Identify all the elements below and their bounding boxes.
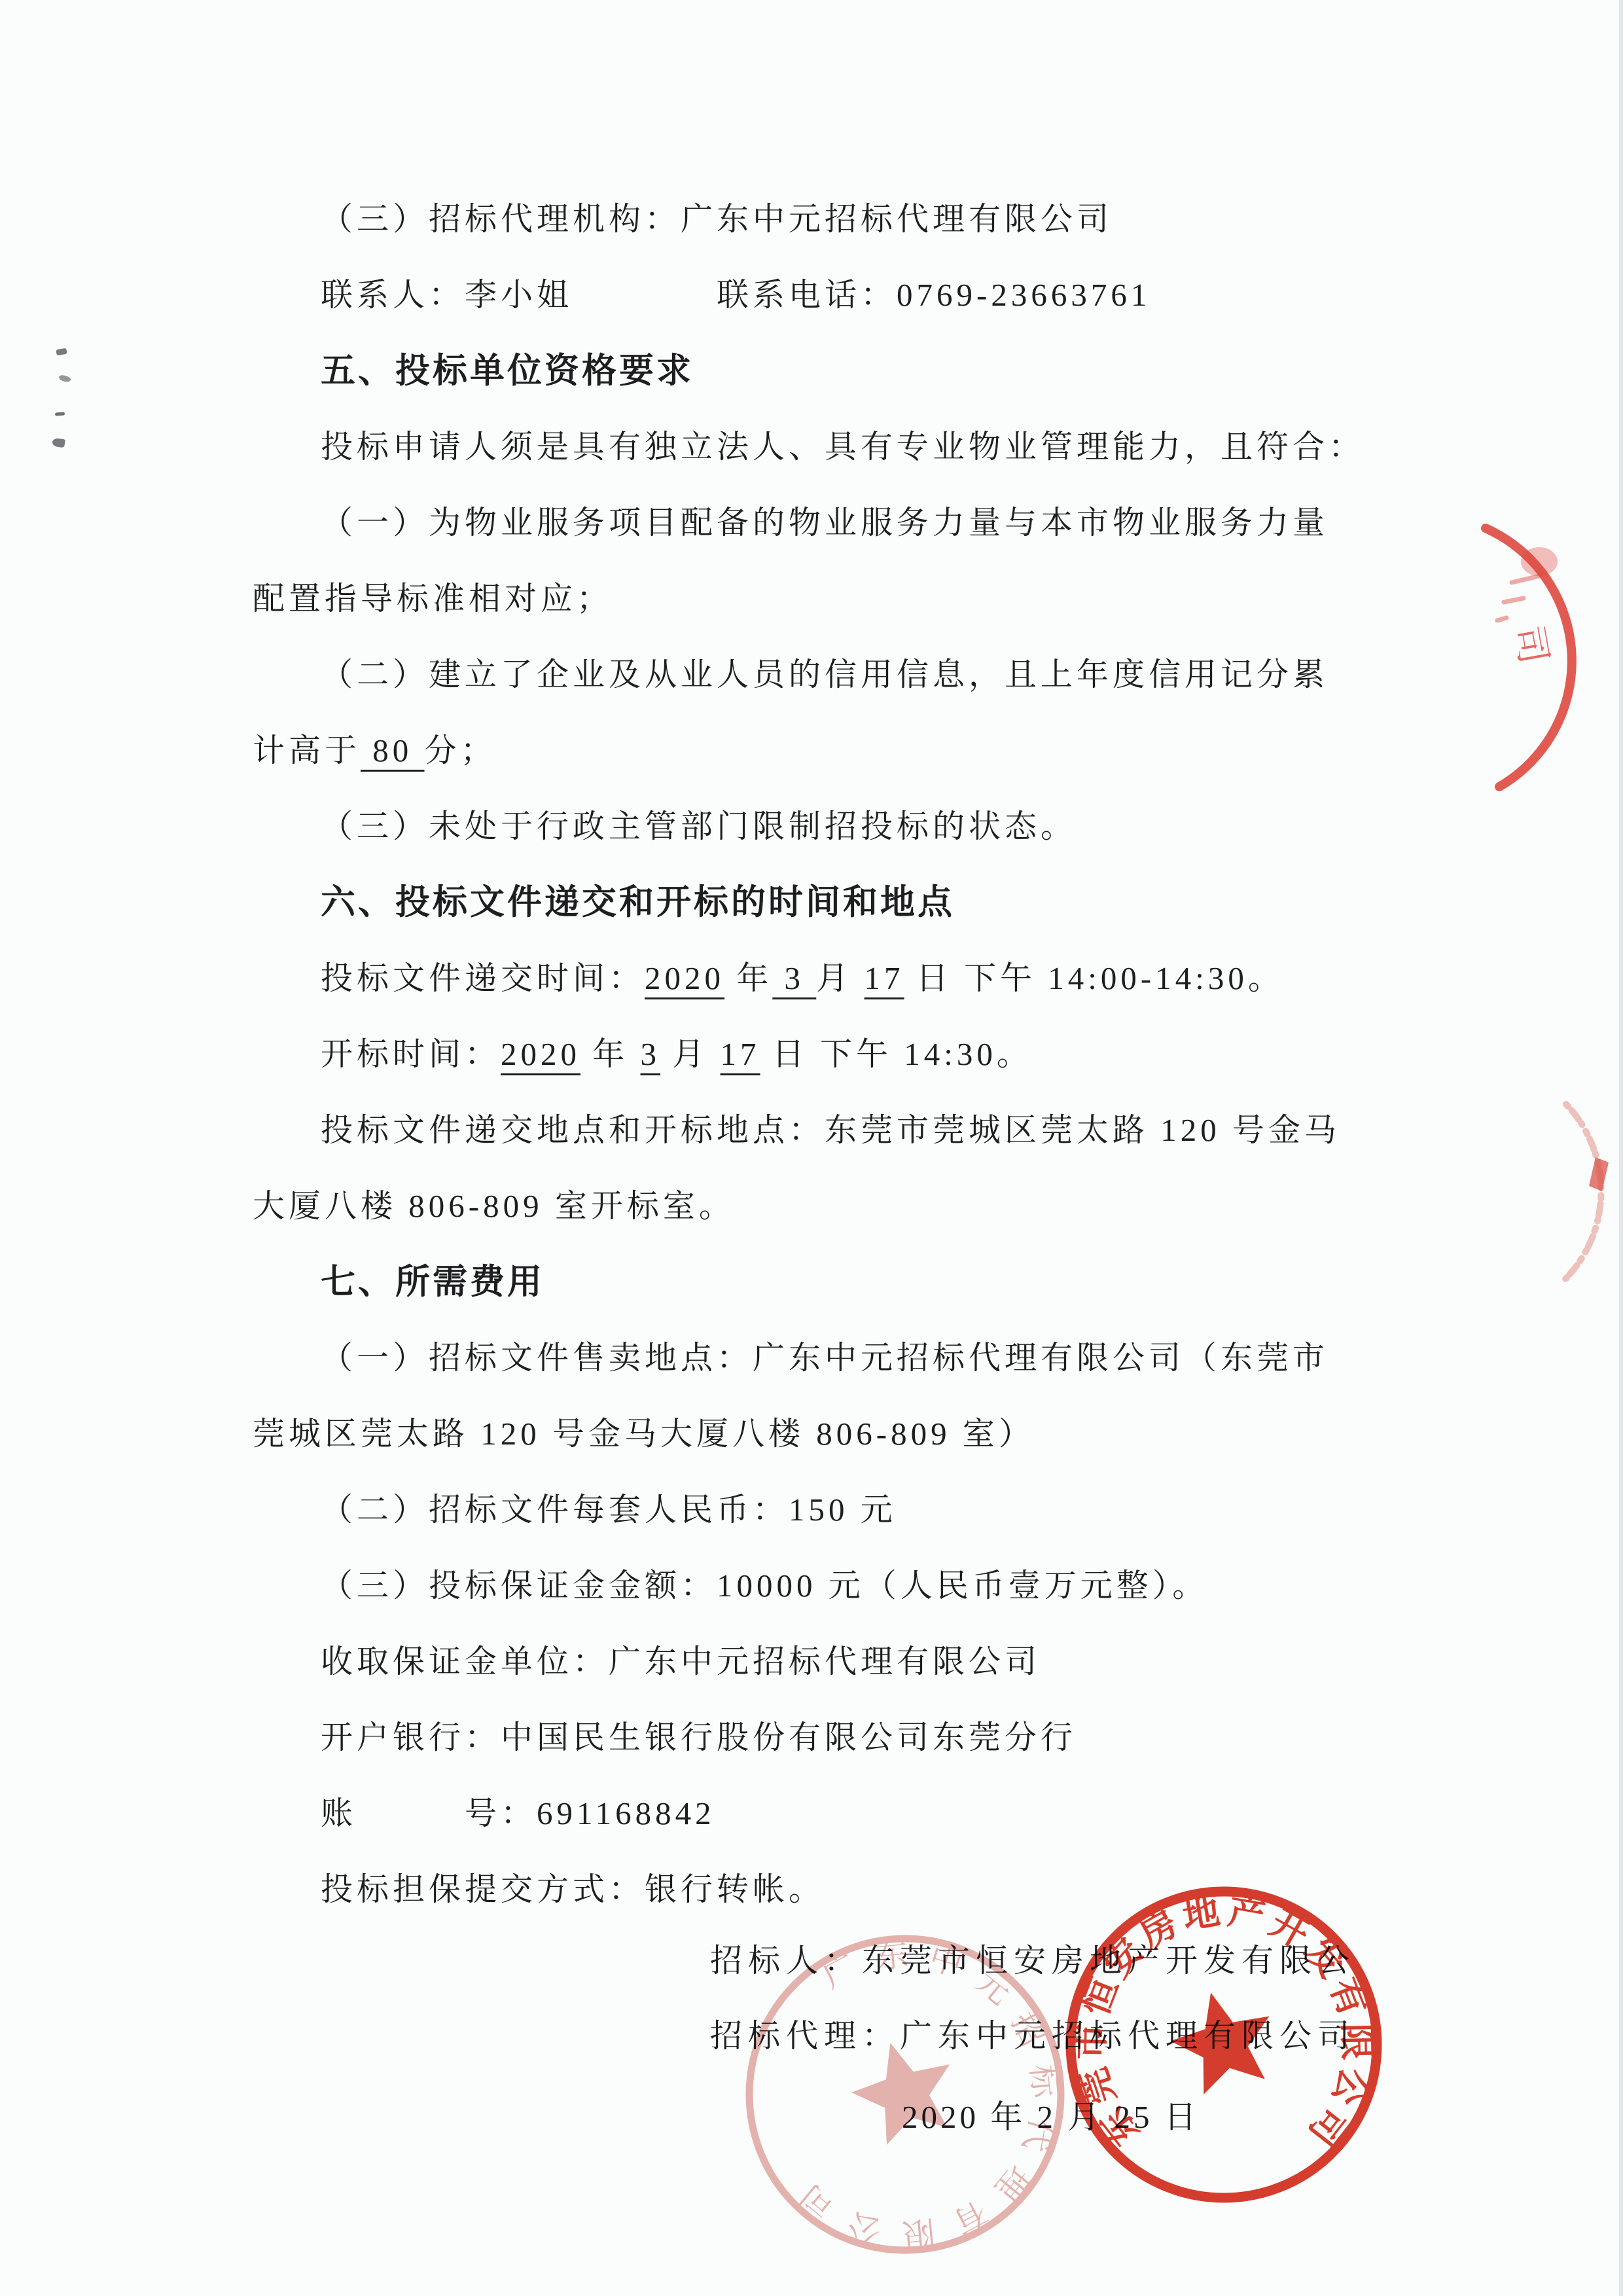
text-segment: 投标文件递交地点和开标地点：东莞市莞城区莞太路 120 号金马 (321, 1112, 1340, 1148)
text-segment: 七、所需费用 (321, 1263, 544, 1301)
scan-artifact (58, 374, 71, 383)
text-segment: （三）未处于行政主管部门限制招投标的状态。 (321, 808, 1077, 844)
text-line: 账 号：691168842 (253, 1776, 1385, 1852)
scan-artifact (52, 438, 65, 448)
text-segment: （一）招标文件售卖地点：广东中元招标代理有限公司（东莞市 (321, 1340, 1329, 1376)
text-line: 计高于 80 分； (253, 713, 1385, 789)
signature-date-line: 2020 年 2 月 25 日 (902, 2079, 1200, 2155)
scan-artifact (56, 348, 67, 356)
document-page: （三）招标代理机构：广东中元招标代理有限公司联系人：李小姐 联系电话：0769-… (0, 0, 1623, 2296)
scan-artifact (55, 412, 65, 416)
text-segment: 日 下午 14:30。 (760, 1036, 1033, 1072)
seal-character: 公 (844, 2206, 885, 2250)
signature-bidder-line: 招标人：东莞市恒安房地产开发有限公 (710, 1923, 1355, 1999)
text-segment: 3 (772, 960, 816, 996)
seal-ink-blot (1589, 1157, 1609, 1191)
seal-arc (1563, 1104, 1601, 1282)
text-segment: 六、投标文件递交和开标的时间和地点 (321, 883, 955, 922)
text-line: 联系人：李小姐 联系电话：0769-23663761 (253, 257, 1385, 333)
text-segment: 开户银行：中国民生银行股份有限公司东莞分行 (321, 1719, 1077, 1755)
text-segment: （三）投标保证金金额：10000 元（人民币壹万元整）。 (321, 1568, 1208, 1604)
text-line: （三）投标保证金金额：10000 元（人民币壹万元整）。 (253, 1548, 1385, 1624)
section-heading: 七、所需费用 (253, 1244, 1385, 1320)
text-segment: 80 (361, 732, 425, 768)
text-line: 开标时间：2020 年 3 月 17 日 下午 14:30。 (253, 1016, 1385, 1092)
text-segment: 月 (660, 1036, 721, 1072)
seal-character: 司 (1507, 622, 1555, 667)
body-text: （三）招标代理机构：广东中元招标代理有限公司联系人：李小姐 联系电话：0769-… (253, 181, 1385, 1928)
text-segment: 2020 (645, 960, 724, 996)
text-segment: 17 (865, 960, 904, 996)
text-segment: 2020 (501, 1036, 580, 1072)
scan-edge-shadow (1619, 0, 1623, 2296)
text-line: 莞城区莞太路 120 号金马大厦八楼 806-809 室） (253, 1396, 1385, 1472)
text-segment: 配置指导标准相对应； (253, 581, 613, 617)
seal-ink-blot (1521, 547, 1558, 576)
seal-ink-specks (1497, 576, 1539, 620)
text-segment: 大厦八楼 806-809 室开标室。 (253, 1188, 735, 1224)
text-segment: 开标时间： (321, 1036, 501, 1072)
text-segment: 计高于 (253, 732, 361, 768)
text-segment: （一）为物业服务项目配备的物业服务力量与本市物业服务力量 (321, 505, 1329, 541)
text-segment: 投标担保提交方式：银行转帐。 (321, 1871, 825, 1907)
text-line: （三）招标代理机构：广东中元招标代理有限公司 (253, 181, 1385, 257)
partial-seal-bottom-right (1407, 1067, 1623, 1329)
section-heading: 五、投标单位资格要求 (253, 333, 1385, 409)
text-line: （二）建立了企业及从业人员的信用信息，且上年度信用记分累 (253, 637, 1385, 713)
text-segment: 五、投标单位资格要求 (321, 351, 694, 390)
text-line: 收取保证金单位：广东中元招标代理有限公司 (253, 1624, 1385, 1700)
text-segment: （二）建立了企业及从业人员的信用信息，且上年度信用记分累 (321, 656, 1329, 692)
seal-character: 理 (988, 2159, 1037, 2207)
seal-character: 司 (1301, 2100, 1356, 2154)
seal-character: 司 (792, 2178, 840, 2227)
text-segment: 莞城区莞太路 120 号金马大厦八楼 806-809 室） (253, 1416, 1035, 1452)
text-line: 投标文件递交地点和开标地点：东莞市莞城区莞太路 120 号金马 (253, 1092, 1385, 1168)
text-line: 配置指导标准相对应； (253, 561, 1385, 637)
seal-character: 有 (948, 2194, 993, 2242)
text-line: 投标文件递交时间：2020 年 3 月 17 日 下午 14:00-14:30。 (253, 941, 1385, 1016)
text-line: （一）为物业服务项目配备的物业服务力量与本市物业服务力量 (253, 485, 1385, 561)
text-line: （二）招标文件每套人民币：150 元 (253, 1472, 1385, 1548)
text-line: 开户银行：中国民生银行股份有限公司东莞分行 (253, 1700, 1385, 1776)
seal-arc (1486, 528, 1572, 787)
text-line: （一）招标文件售卖地点：广东中元招标代理有限公司（东莞市 (253, 1320, 1385, 1396)
text-segment: 日 下午 14:00-14:30。 (904, 960, 1284, 996)
text-segment: （三）招标代理机构：广东中元招标代理有限公司 (321, 201, 1113, 237)
text-segment: 月 (816, 960, 864, 996)
text-segment: 年 (724, 960, 772, 996)
text-segment: （二）招标文件每套人民币：150 元 (321, 1492, 897, 1528)
text-segment: 投标申请人须是具有独立法人、具有专业物业管理能力，且符合： (321, 429, 1364, 465)
text-segment: 17 (721, 1036, 760, 1072)
signature-agent-line: 招标代理：广东中元招标代理有限公司 (710, 1998, 1355, 2074)
text-line: 大厦八楼 806-809 室开标室。 (253, 1168, 1385, 1244)
text-segment: 账 号：691168842 (321, 1795, 715, 1831)
section-heading: 六、投标文件递交和开标的时间和地点 (253, 865, 1385, 941)
text-line: （三）未处于行政主管部门限制招投标的状态。 (253, 789, 1385, 865)
seal-character: 限 (901, 2214, 936, 2253)
text-segment: 收取保证金单位：广东中元招标代理有限公司 (321, 1643, 1041, 1679)
text-segment: 投标文件递交时间： (321, 960, 645, 996)
text-segment: 分； (425, 732, 497, 768)
text-line: 投标担保提交方式：银行转帐。 (253, 1852, 1385, 1928)
text-segment: 联系人：李小姐 联系电话：0769-23663761 (321, 277, 1150, 313)
text-line: 投标申请人须是具有独立法人、具有专业物业管理能力，且符合： (253, 409, 1385, 485)
text-segment: 3 (641, 1036, 661, 1072)
text-segment: 年 (580, 1036, 641, 1072)
